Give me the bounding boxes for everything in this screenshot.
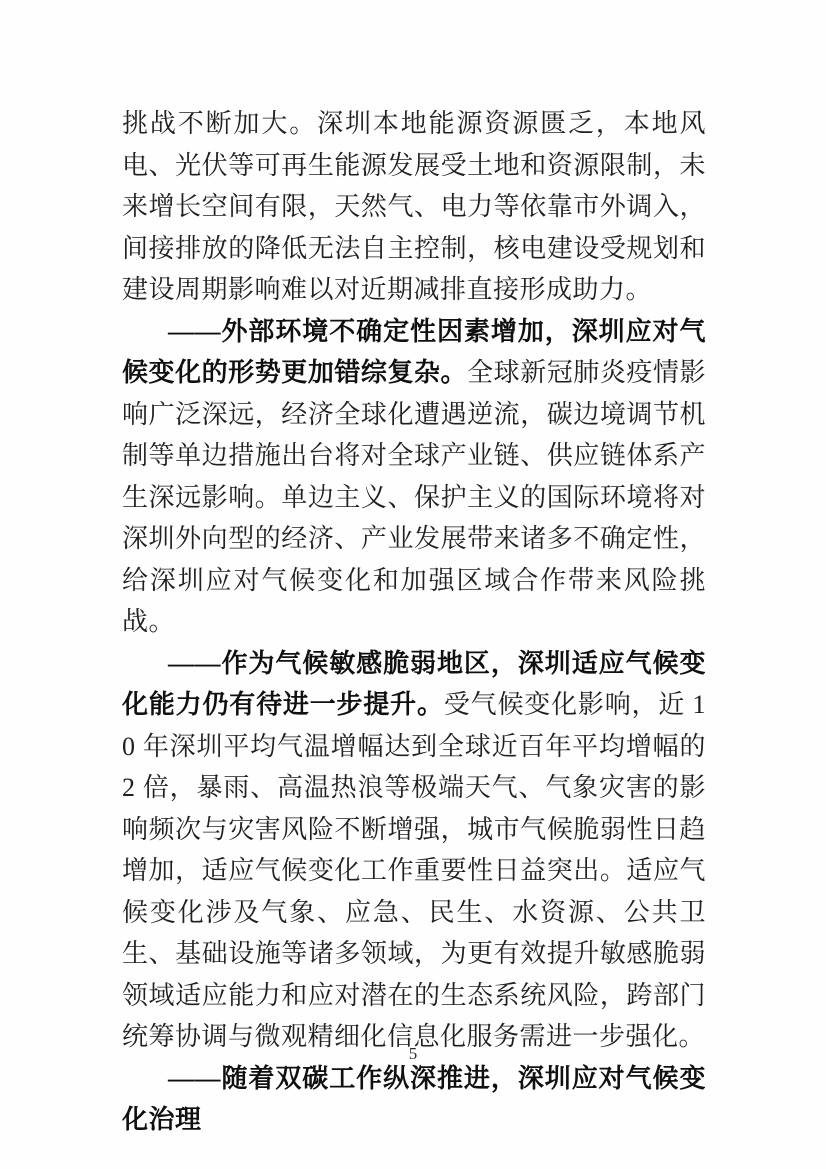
paragraph: ——随着双碳工作纵深推进，深圳应对气候变化治理	[122, 1058, 706, 1141]
page-number: 5	[0, 1044, 826, 1064]
paragraph: ——外部环境不确定性因素增加，深圳应对气候变化的形势更加错综复杂。全球新冠肺炎疫…	[122, 311, 706, 643]
paragraph: 挑战不断加大。深圳本地能源资源匮乏，本地风电、光伏等可再生能源发展受土地和资源限…	[122, 103, 706, 311]
paragraph-text: 全球新冠肺炎疫情影响广泛深远，经济全球化遭遇逆流，碳边境调节机制等单边措施出台将…	[122, 358, 706, 636]
paragraph-text: 受气候变化影响，近 10 年深圳平均气温增幅达到全球近百年平均增幅的 2 倍，暴…	[122, 690, 706, 1051]
paragraph: ——作为气候敏感脆弱地区，深圳适应气候变化能力仍有待进一步提升。受气候变化影响，…	[122, 643, 706, 1058]
paragraph-text: 挑战不断加大。深圳本地能源资源匮乏，本地风电、光伏等可再生能源发展受土地和资源限…	[122, 109, 706, 304]
paragraph-bold-lead: ——随着双碳工作纵深推进，深圳应对气候变化治理	[122, 1064, 706, 1135]
page-body: 挑战不断加大。深圳本地能源资源匮乏，本地风电、光伏等可再生能源发展受土地和资源限…	[122, 103, 706, 1141]
document-page: 挑战不断加大。深圳本地能源资源匮乏，本地风电、光伏等可再生能源发展受土地和资源限…	[0, 0, 826, 1169]
